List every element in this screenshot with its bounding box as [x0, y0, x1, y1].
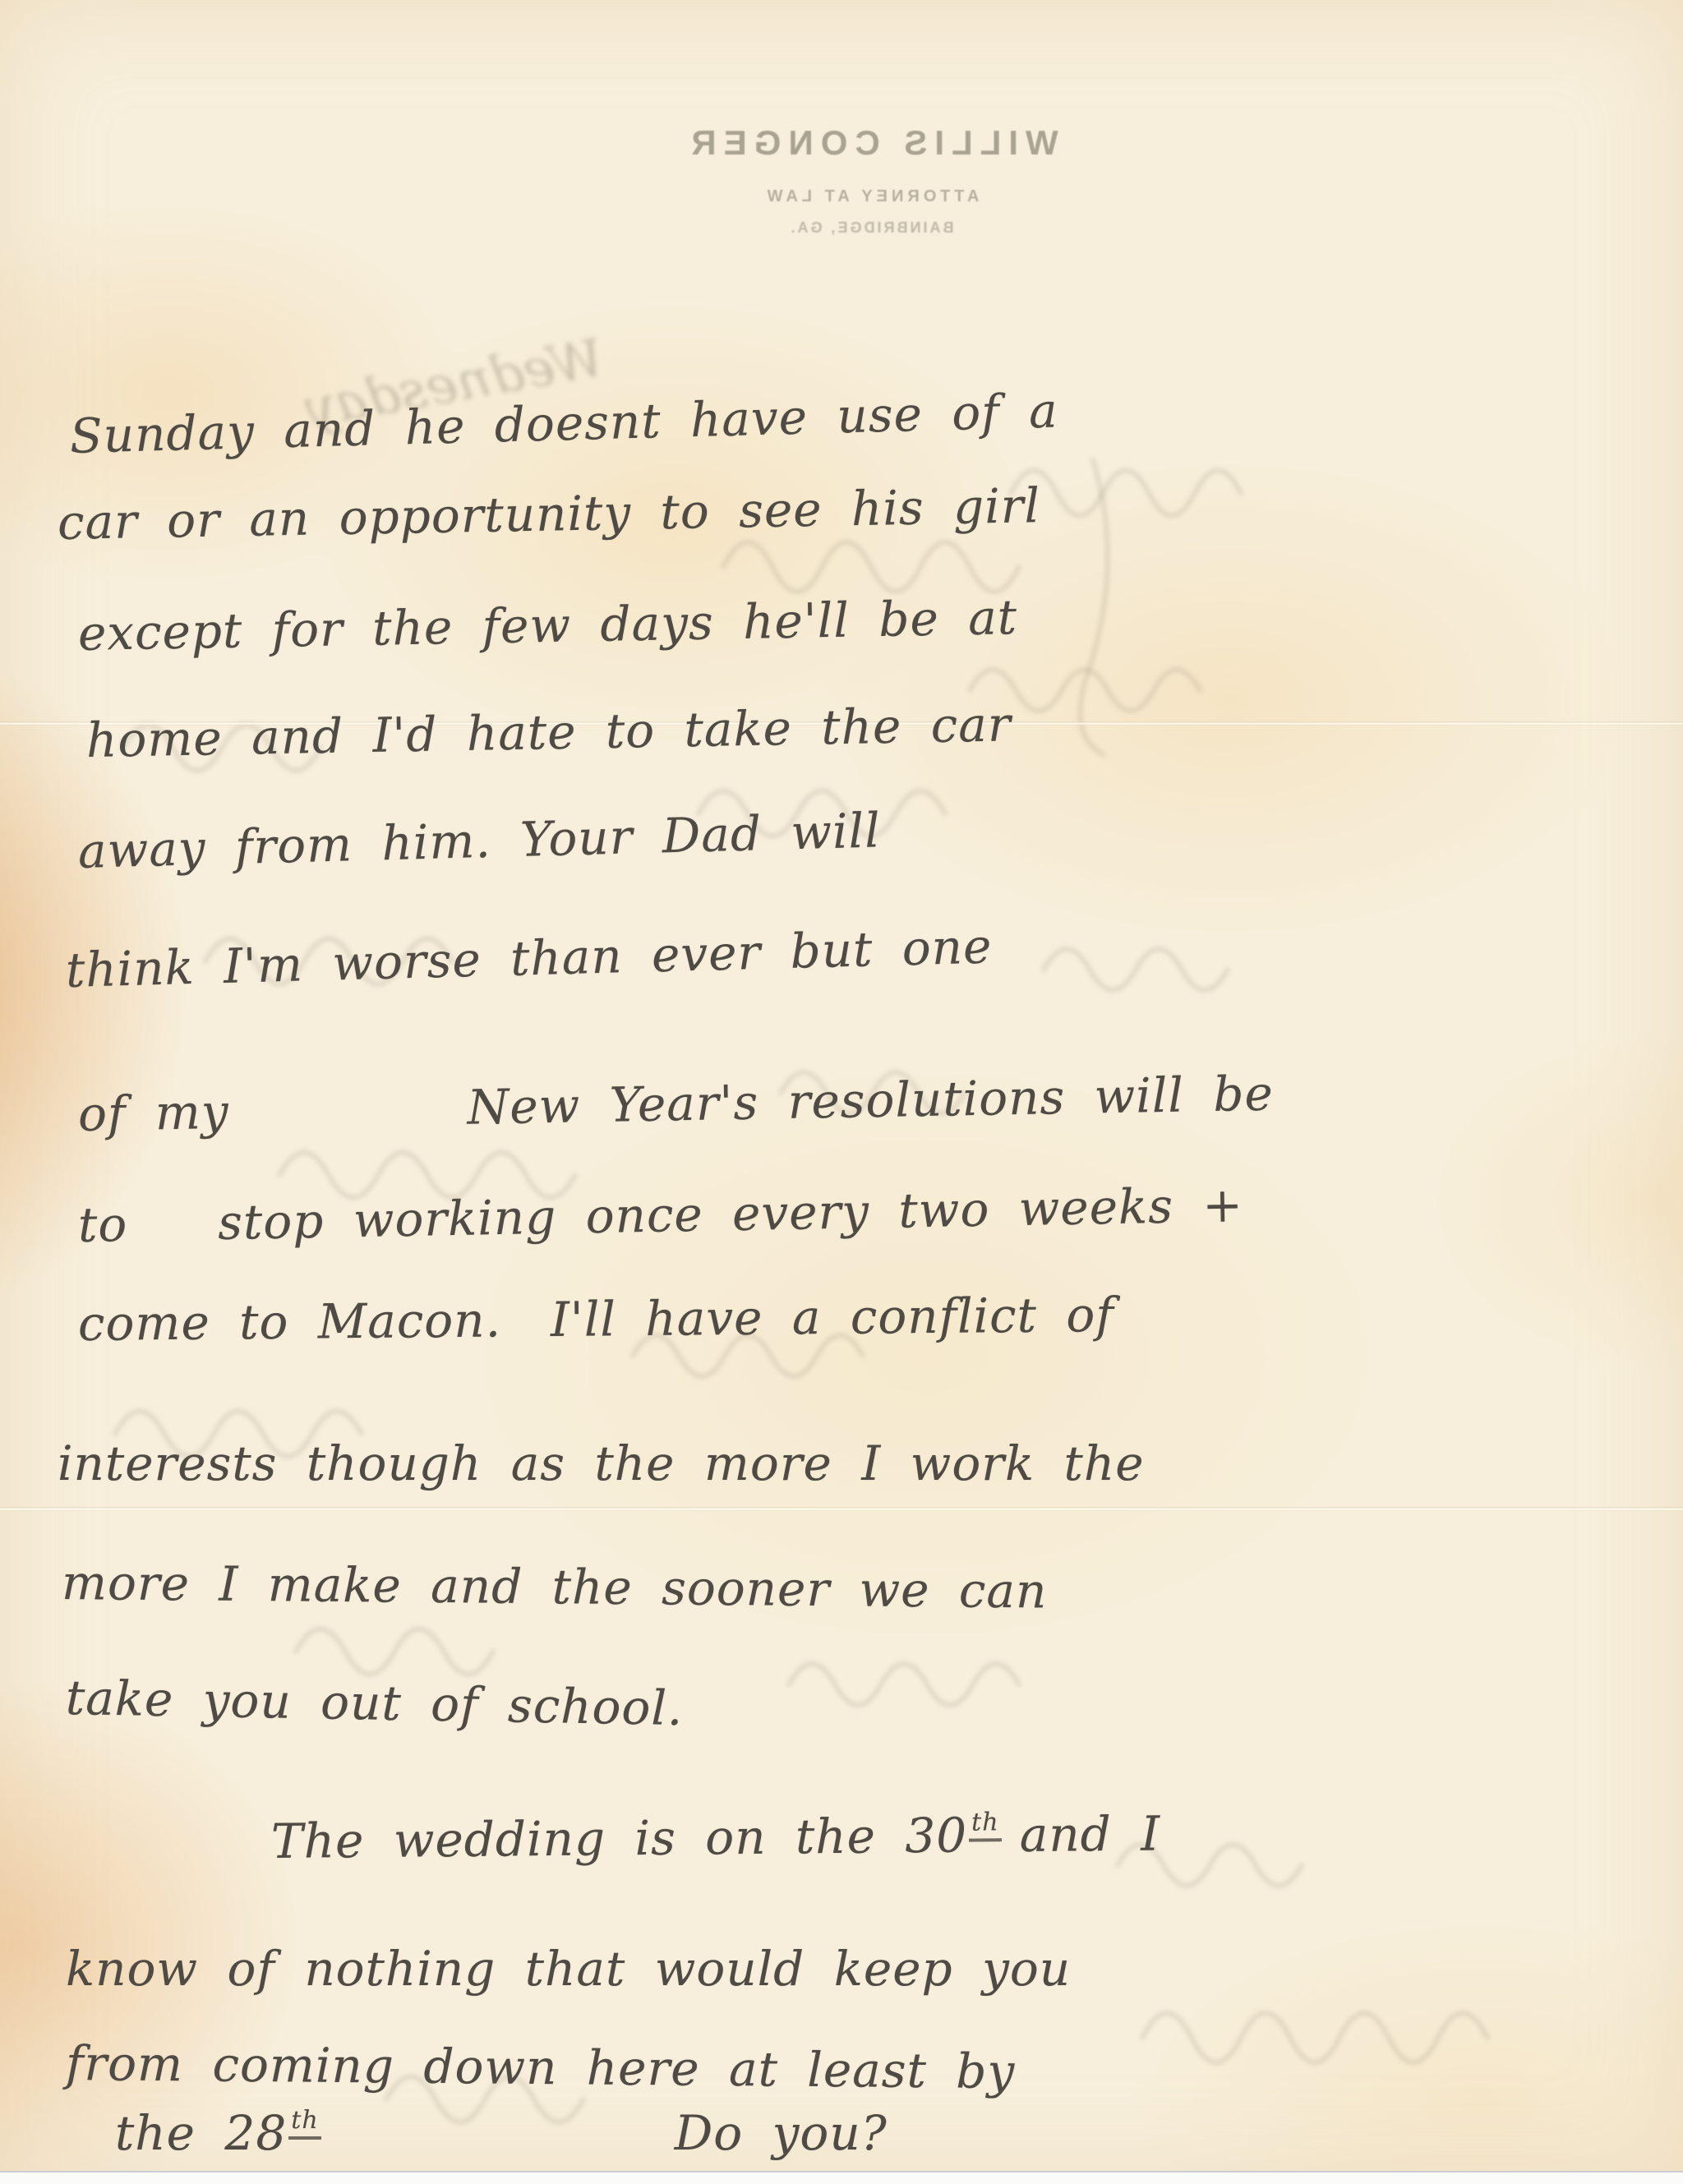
letter-line: interests though as the more I work the — [58, 1436, 1145, 1491]
fold-crease-lower — [0, 1507, 1683, 1511]
letterhead-location: BAINBRIDGE, GA. — [674, 219, 1068, 237]
letter-line: tostop working once every two weeks + — [77, 1177, 1243, 1252]
letter-line: come to Macon.I'll have a conflict of — [78, 1288, 1114, 1352]
scan-edge — [0, 2171, 1683, 2184]
letter-line: know of nothing that would keep you — [66, 1942, 1071, 1997]
letter-line: Sunday and he doesnt have use of a — [69, 384, 1058, 464]
letter-line: away from him. Your Dad will — [77, 803, 881, 878]
letter-line: of myNew Year's resolutions will be — [77, 1067, 1274, 1142]
letter-line: think I'm worse than ever but one — [65, 919, 993, 998]
letter-line: more I make and the sooner we can — [62, 1555, 1048, 1619]
letter-line: from coming down here at least by — [66, 2036, 1016, 2099]
letter-line: take you out of school. — [65, 1670, 684, 1736]
letter-line: except for the few days he'll be at — [77, 590, 1017, 661]
hand-gap — [128, 1239, 219, 1241]
letter-line: The wedding is on the 30thand I — [271, 1807, 1161, 1869]
ordinal-suffix: th — [288, 2106, 321, 2140]
hand-gap — [229, 1124, 468, 1128]
hand-gap — [501, 1336, 551, 1337]
letter-line: home and I'd hate to take the car — [85, 697, 1012, 767]
ordinal-suffix: th — [969, 1808, 1002, 1841]
letter-line: car or an opportunity to see his girl — [57, 478, 1040, 551]
letterhead-bleedthrough: WILLIS CONGER ATTORNEY AT LAW BAINBRIDGE… — [674, 123, 1068, 237]
letter-page: WILLIS CONGER ATTORNEY AT LAW BAINBRIDGE… — [0, 0, 1683, 2184]
letter-line: the 28thDo you? — [115, 2106, 888, 2161]
letterhead-title: ATTORNEY AT LAW — [674, 187, 1068, 206]
letterhead-name: WILLIS CONGER — [674, 123, 1068, 163]
